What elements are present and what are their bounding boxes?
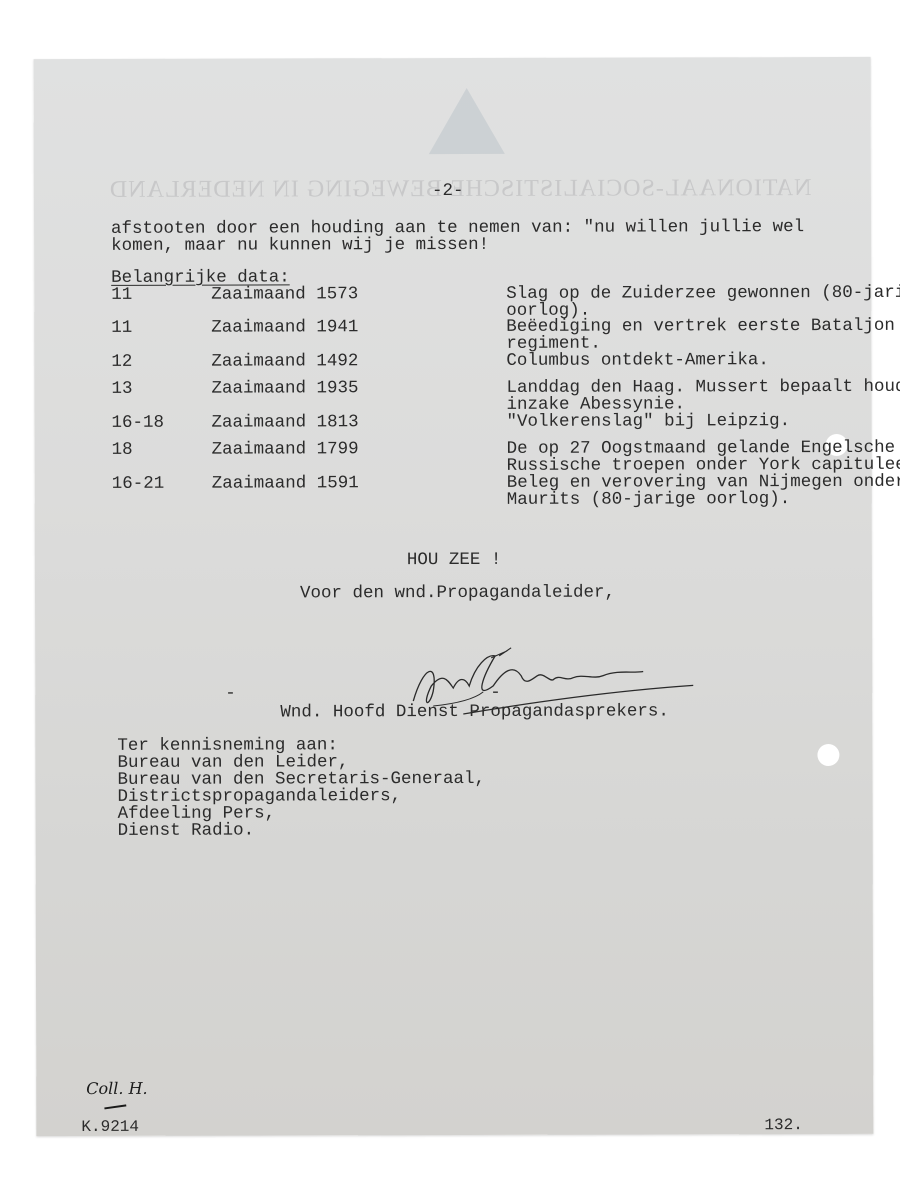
document-page: NATIONAAL-SOCIALISTISCHE BEWEGING IN NED… (34, 57, 874, 1136)
date-month-year: Zaaimaand 1813 (212, 414, 359, 431)
date-month-year: Zaaimaand 1935 (211, 380, 358, 397)
date-event-line: Maurits (80-jarige oorlog). (507, 491, 791, 509)
distribution-recipient: Dienst Radio. (118, 823, 255, 840)
dash-left: - (225, 686, 236, 703)
date-month-year: Zaaimaand 1492 (211, 353, 358, 370)
date-month-year: Zaaimaand 1591 (212, 475, 359, 492)
date-month-year: Zaaimaand 1941 (211, 319, 358, 336)
page-number: -2- (432, 183, 464, 200)
date-day: 12 (111, 354, 132, 371)
date-month-year: Zaaimaand 1573 (211, 286, 358, 303)
salute: HOU ZEE ! (407, 552, 502, 569)
reference-number: K.9214 (81, 1119, 139, 1136)
handwritten-underline (104, 1104, 126, 1109)
date-day: 16-18 (112, 415, 165, 432)
on-behalf-line: Voor den wnd.Propagandaleider, (300, 585, 615, 603)
signatory-title: Wnd. Hoofd Dienst Propagandasprekers. (280, 703, 669, 721)
important-dates-list: 11Zaaimaand 1573Slag op de Zuiderzee gew… (34, 57, 871, 59)
date-day: 11 (111, 320, 132, 337)
handwritten-note: Coll. H. (86, 1079, 147, 1098)
letterhead-emblem-icon (429, 88, 505, 154)
date-day: 13 (111, 381, 132, 398)
date-day: 18 (112, 442, 133, 459)
date-day: 16-21 (112, 476, 165, 493)
folio-number: 132. (764, 1117, 802, 1134)
date-month-year: Zaaimaand 1799 (212, 441, 359, 458)
date-day: 11 (111, 287, 132, 304)
date-event-line: "Volkerenslag" bij Leipzig. (507, 413, 791, 431)
distribution-list: Bureau van den Leider,Bureau van den Sec… (34, 57, 871, 59)
dash-right: - (490, 685, 501, 702)
date-event-line: Columbus ontdekt-Amerika. (506, 352, 769, 370)
intro-line-2: komen, maar nu kunnen wij je missen! (111, 237, 489, 255)
punch-hole (817, 744, 839, 766)
